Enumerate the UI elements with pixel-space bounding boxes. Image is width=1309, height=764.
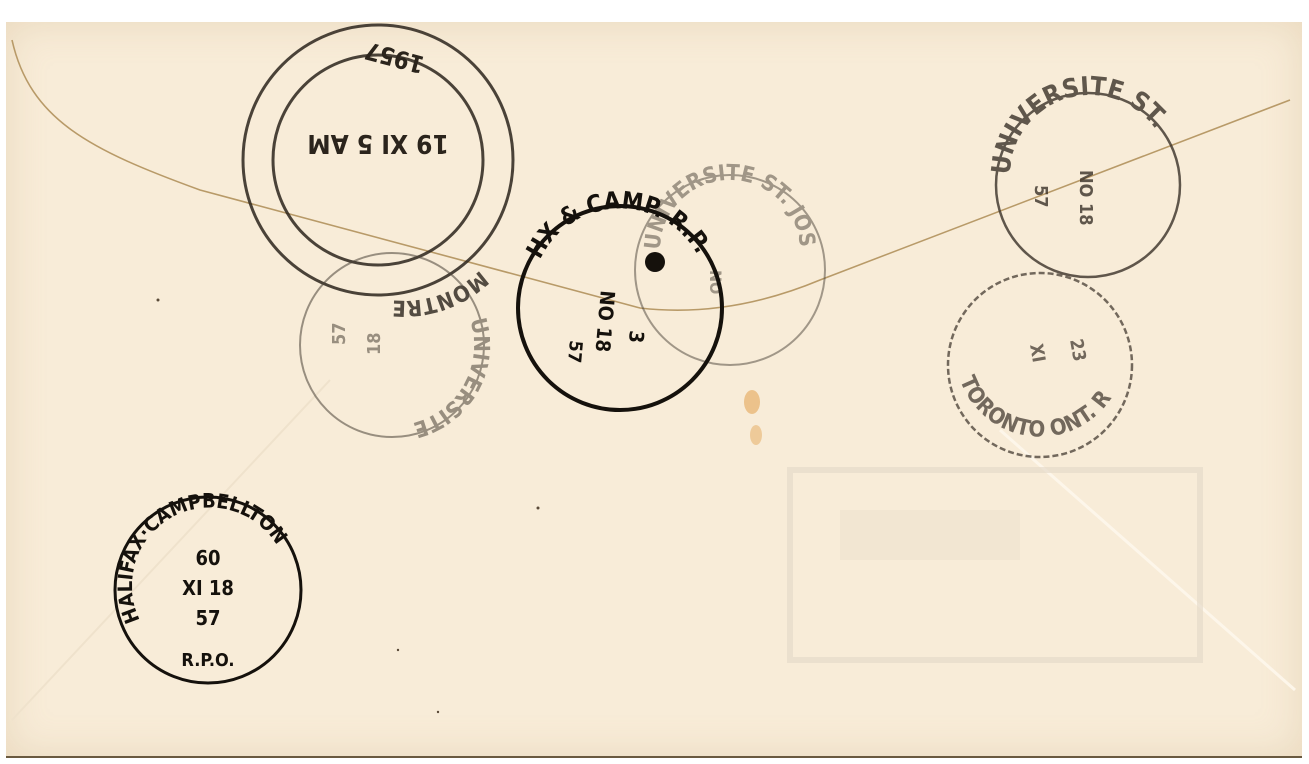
faded-label-ghost: [790, 470, 1200, 660]
svg-text:R.P.O.: R.P.O.: [181, 650, 234, 671]
svg-text:60: 60: [195, 546, 220, 570]
svg-text:MONTREAL: MONTREAL: [0, 0, 492, 320]
svg-text:3: 3: [624, 330, 649, 345]
svg-text:19 XI 5 AM: 19 XI 5 AM: [307, 128, 448, 158]
postmark-halifax-campbellton: HALIFAX·CAMPBELLTON R.P.O. 60 XI 18 57: [113, 489, 301, 683]
svg-text:1957: 1957: [362, 36, 427, 79]
postmark-hx-camp-rpo: HX & CAMP. R.P.O. NO 18 3 57: [0, 0, 722, 410]
svg-text:UNIVERSITE ST. JOSEPH: UNIVERSITE ST. JOSEPH: [0, 0, 819, 251]
paper-stain: [744, 390, 760, 414]
svg-text:NO 18: NO 18: [1075, 170, 1096, 226]
svg-text:XI: XI: [1025, 342, 1049, 364]
svg-text:23: 23: [1065, 337, 1090, 363]
postmark-montreal: 19 XI 5 AM 1957 MONTREAL: [0, 0, 513, 320]
svg-text:57: 57: [195, 606, 220, 630]
svg-text:57: 57: [329, 322, 350, 345]
bottom-flap-fold: [12, 380, 330, 720]
postmark-layer: 19 XI 5 AM 1957 MONTREAL UNIVERSITE ST. …: [0, 0, 1309, 764]
svg-text:57: 57: [1030, 185, 1051, 208]
svg-text:57: 57: [563, 340, 586, 364]
svg-text:NO 18: NO 18: [591, 290, 620, 354]
postmark-universite-right: UNIVERSITE ST. NO 18 57: [987, 72, 1180, 277]
svg-text:UNIVERSITE ST.: UNIVERSITE ST.: [987, 72, 1175, 176]
svg-text:XI 18: XI 18: [182, 576, 234, 600]
svg-text:18: 18: [364, 332, 385, 355]
